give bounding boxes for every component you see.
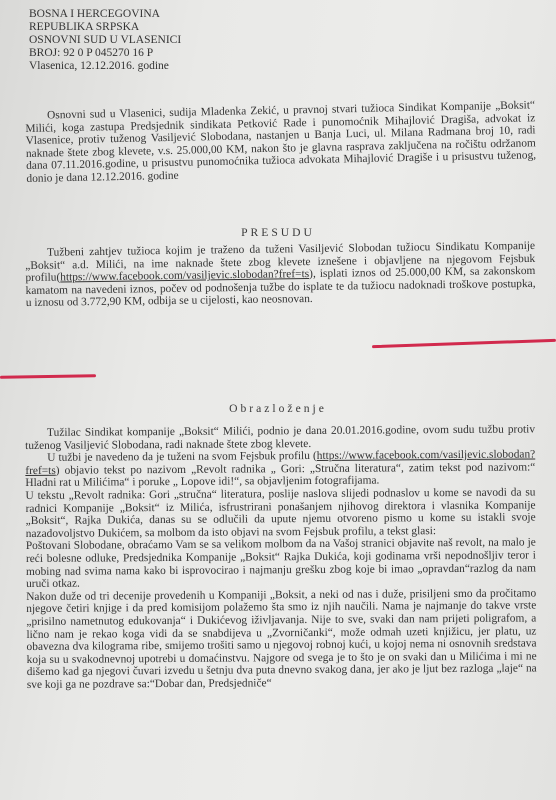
header-country: BOSNA I HERCEGOVINA [29,8,181,21]
red-underline-mark [372,339,556,348]
verdict-heading: PRESUDU [0,226,556,239]
header-place-date: Vlasenica, 12.12.2016. godine [29,60,181,73]
verdict-paragraph: Tužbeni zahtjev tužioca kojim je traženo… [25,240,536,310]
reasoning-paragraph-4: Poštovani Slobodane, obraćamo Vam se sa … [26,537,536,591]
intro-paragraph: Osnovni sud u Vlasenici, sudija Mladenka… [25,99,536,185]
document-header: BOSNA I HERCEGOVINA REPUBLIKA SRPSKA OSN… [29,8,181,73]
reasoning-body: Tužilac Sindikat kompanije „Boksit“ Mili… [25,423,537,691]
reasoning-paragraph-3: U tekstu „Revolt radnika: Gori „stručna“… [25,486,535,540]
reasoning-paragraph-1: Tužilac Sindikat kompanije „Boksit“ Mili… [25,423,535,452]
reasoning-paragraph-5: Nakon duže od tri decenije provedenih u … [26,587,537,691]
reasoning-heading: Obrazloženje [0,402,556,415]
red-underline-mark [0,374,96,379]
header-court: OSNOVNI SUD U VLASENICI [29,34,181,47]
header-entity: REPUBLIKA SRPSKA [29,21,181,34]
header-case-number: BROJ: 92 0 P 045270 16 P [29,47,181,60]
intro-text: Osnovni sud u Vlasenici, sudija Mladenka… [25,99,536,185]
court-document-page: BOSNA I HERCEGOVINA REPUBLIKA SRPSKA OSN… [0,0,556,800]
reasoning-paragraph-2: U tužbi je navedeno da je tuženi na svom… [25,449,535,490]
